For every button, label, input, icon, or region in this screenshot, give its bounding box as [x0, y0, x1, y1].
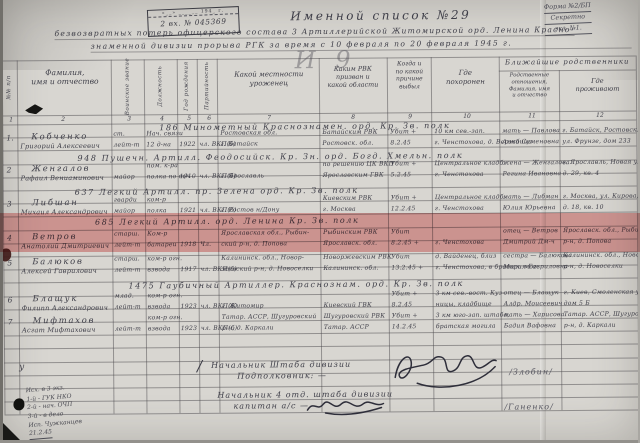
cell-text: Убит + [391, 194, 417, 201]
cell-party: Чл. [199, 229, 220, 256]
cell-origin: Татар. АССР, Шугуровскийр-н, д. Каркали [221, 312, 321, 340]
cell-buried: г. Ченстохова [434, 227, 499, 255]
table-row: 1.КобченкоГригорий Алексеевичст.лейт-тНа… [0, 125, 639, 157]
cell-text: отец — Ветров [503, 227, 558, 234]
cell-addr: Калининск. обл., Новоржевск.р-н, д. Ново… [562, 251, 637, 279]
cell-duty: пом. к-раполка по т/ч [146, 161, 178, 188]
cell-text: д. Вайденец, близ [435, 253, 496, 260]
cell-rank: старш.лейт-т [113, 254, 145, 281]
column-number: 9 [408, 113, 412, 120]
cell-text: 10 км сев.-зап. [434, 128, 485, 135]
cell-year: 1918 [179, 229, 198, 256]
cell-text: Мария Гавриловна [503, 263, 568, 271]
cell-text: 1921 [180, 207, 196, 214]
signature2-name: /Ганенко/ [504, 402, 553, 411]
column-number: 1 [9, 116, 13, 123]
cell-text: млад. [115, 292, 134, 299]
cell-buried: 3 км юго-зап. штаба,братская могила [435, 311, 500, 339]
column-number: 4 [160, 115, 164, 122]
cell-text: д. 18, кв. 10 [563, 204, 604, 211]
cell-text: майор [114, 207, 135, 214]
cell-text: Мифтахов [33, 315, 96, 325]
cell-text: р-н, д. Каркали [222, 324, 274, 331]
cell-text: Ростовск. обл. [322, 140, 373, 147]
cell-name: КобченкоГригорий Алексеевич [19, 130, 111, 158]
col-header-party: Партийность [197, 59, 217, 113]
signature1-rank: Подполковник: — [237, 371, 327, 381]
cell-text: Убит [391, 253, 410, 260]
cell-kin: мать — ХарисоваБадия Вафовна [503, 310, 560, 337]
cell-text: 12 д-на [146, 141, 171, 148]
table-row: 3ЛибшанМихаил Александровичгвардимайорко… [0, 191, 640, 223]
cell-name: ВетровАнатолий Дмитриевич [20, 230, 112, 258]
cell-text: г. Батайск, Ростовск. обл. [562, 126, 640, 134]
signature2-autograph [305, 397, 385, 416]
col-header-duty: Должность [144, 59, 177, 113]
cell-text: Киевским РВК [323, 195, 373, 202]
cell-fate: Убит +8.2.45 [389, 127, 430, 154]
cell-name: МифтаховАсгат Мифтахович [21, 314, 113, 342]
cell-text: д. 29, кв. 4 [563, 170, 600, 177]
cell-kin: мать — ПавловаАнна Семеновна [501, 126, 558, 153]
cell-text: г. Ченстохова [435, 205, 484, 212]
cell-text: лейт-т [115, 303, 141, 310]
signature1-role: Начальник Штаба дивизии [211, 360, 351, 370]
cell-text: Дмитрий Дм-ч [503, 238, 555, 245]
cell-text: г. Житомир [222, 302, 264, 309]
ink-blot-arrow [25, 104, 43, 114]
cell-text: Убит + [391, 160, 417, 167]
cell-party: чл. ВКП(б) [198, 129, 219, 156]
cell-text: Женгалов [32, 163, 91, 173]
cell-num: 2 [3, 162, 18, 189]
signature2-rank: капитан а/с — [233, 401, 309, 411]
cell-text: старш. [114, 230, 140, 237]
cell-text: Убит [391, 228, 410, 235]
cell-text: г. Москва, ул. Кирова, [563, 192, 639, 200]
cell-text: Балюков [32, 256, 83, 266]
cell-kin: отец — ВетровДмитрий Дм-ч [502, 226, 559, 253]
col-header-fate: Когда ипо какойпричиневыбыл [389, 60, 430, 90]
cell-origin: Ярославская обл., Рыбин-ский р-н, д. Поп… [220, 228, 320, 256]
cell-addr: Татар. АССР, Шугуровск.р-н, д. Каркали [563, 310, 638, 338]
cell-duty: ком-р огн.взвода [147, 313, 179, 340]
cell-text: 1922 [179, 141, 195, 148]
column-number: 5 [187, 115, 191, 122]
cell-text: гварди [114, 196, 137, 203]
cell-text: жена — Женгалова [503, 159, 570, 167]
cell-addr: г. Ярославль, Новая ул.,д. 29, кв. 4 [562, 158, 637, 186]
cell-rank: старш.лейт-т [113, 229, 145, 256]
signature-slash-mark: / [197, 357, 202, 375]
cell-text: ком-р огн. [147, 255, 182, 262]
cell-text: 12.2.45 [391, 205, 416, 212]
column-number: 3 [127, 115, 131, 122]
cell-text: Калининск. обл., Новор- [221, 254, 304, 262]
col-header-origin: Какой местностиуроженец [221, 70, 317, 88]
cell-text: 2 [7, 165, 12, 174]
cell-text: ком-р огн. [148, 314, 183, 321]
cell-text: ком-р огн. [148, 292, 183, 299]
col-header-rvk: Каким РВКпризван икакой области [321, 64, 385, 89]
checkmark-note: у [19, 362, 24, 372]
column-number: 11 [528, 112, 536, 119]
cell-text: Ярославская обл., Рыбин- [221, 229, 309, 237]
cell-year: 1910 [179, 161, 198, 188]
cell-text: Чл. [200, 241, 211, 248]
cell-text: г. Ярославль, Новая ул., [563, 158, 640, 166]
cell-text: Калининск. обл. [323, 265, 378, 272]
col-header-index: №№ п/п [2, 60, 17, 114]
cell-text: майор [114, 173, 135, 180]
cell-text: жевский р-н, д. Новоселки [221, 265, 313, 273]
cell-text: взвода [148, 303, 171, 310]
cell-kin: жена — ЖенгаловаРегина Ивановна [502, 158, 559, 185]
cell-text: лейт-т [114, 241, 140, 248]
cell-text: братская могила [436, 323, 496, 330]
cell-text: 8.2.45 + [391, 239, 419, 246]
cell-buried: Центральное кладб.г. Ченстохова [434, 159, 499, 187]
cell-text: Ярославск. обл., Рыбинск. [563, 226, 640, 234]
col-header-name: Фамилия,имя и отчество [21, 68, 109, 88]
cell-text: мать — Харисова [504, 311, 565, 318]
cell-year: 1922 [178, 129, 197, 156]
cell-text: пом. к-ра [147, 162, 179, 169]
cell-text: Регина Ивановна [503, 170, 562, 177]
cell-text: Батайским РВК [322, 129, 377, 136]
cell-text: ком-р [147, 196, 166, 203]
cell-text: Татар. АССР, Шугуровск. [564, 310, 640, 318]
cell-duty: ком-р огн.взвода [146, 254, 178, 281]
cell-name: ЖенгаловРафаил Вениаминович [20, 162, 112, 190]
cell-text: 1. [6, 133, 14, 142]
cell-text: Анна Семеновна [502, 138, 559, 145]
cell-text: 1923 [181, 303, 197, 310]
cell-text: г. Ярославль [221, 172, 265, 179]
cell-text: Новоржевским РВК [323, 253, 392, 261]
cell-text: отец — Блащук [504, 289, 559, 296]
cell-text: 1923 [181, 325, 197, 332]
cell-text: 13.2.45 + [391, 264, 423, 271]
cell-text: лейт-т [115, 325, 141, 332]
cell-rvk: Рыбинским РВКЯрославск. обл. [322, 227, 387, 255]
cell-name: ЛибшанМихаил Александрович [20, 196, 112, 224]
cell-text: Убит + [392, 290, 418, 297]
cell-buried: д. Вайденец, близг. Ченстохова, в братск… [434, 252, 499, 280]
cell-text: Ярославск. обл. [323, 240, 377, 247]
cell-text: р-н, д. Каркали [564, 322, 616, 329]
cell-kin: сестра — БалюковаМария Гавриловна [502, 251, 559, 278]
cell-text: взвода [147, 266, 170, 273]
cell-addr: г. Москва, ул. Кирова,д. 18, кв. 10 [562, 192, 637, 220]
cell-num: 3 [3, 196, 18, 223]
cell-text: 1910 [180, 173, 196, 180]
cell-text: Ветров [32, 231, 77, 241]
cell-rvk: Шугуровский РВКТатар. АССР [323, 311, 388, 339]
cell-text: Либшан [32, 197, 79, 207]
column-number: 12 [596, 112, 604, 119]
cell-rank: майор [113, 161, 145, 188]
cell-year: 1921 [179, 195, 198, 222]
cell-text: Центральное кладб. [435, 160, 506, 168]
cell-text: 8.2.45 [392, 301, 413, 308]
cell-text: ницы, кладбище [436, 301, 492, 308]
col-header-burial: Гдепохоронен [433, 69, 498, 87]
scan-edge-left [0, 0, 3, 443]
cell-fate: Убит +12.2.45 [390, 193, 431, 220]
cell-text: Рыбинским РВК [323, 229, 378, 236]
cell-fate: Убит8.2.45 + [390, 227, 431, 254]
cell-text: 3 км юго-зап. штаба, [436, 312, 510, 320]
note-date: 21.2.45 [29, 429, 53, 440]
cell-rank: ст.лейт-т [112, 129, 144, 156]
cell-text: Филипп Александрович [22, 304, 108, 313]
cell-text: 6 [8, 295, 13, 304]
cell-text: р-н, д. Новоселки [563, 263, 623, 270]
cell-text: Калининск. обл., Новоржевск. [563, 251, 640, 259]
cell-text: Бадия Вафовна [504, 322, 556, 329]
cell-text: полка [147, 207, 167, 214]
cell-text: батареи [147, 241, 177, 248]
cell-text: г. Киев, Смоленская ул., [564, 288, 640, 296]
column-number: 6 [207, 115, 211, 122]
col-header-rank: Воинское звание [111, 59, 144, 113]
cell-text: г. Ченстохова [435, 171, 484, 178]
cell-rvk: по решению ЦК ВКПЯрославским ГВК [322, 159, 387, 187]
cell-text: Анатолий Дмитриевич [21, 242, 109, 251]
cell-text: Юлия Юрьевна [503, 204, 556, 211]
table-row: 5БалюковАлексей Гавриловичстарш.лейт-тко… [0, 250, 640, 282]
cell-origin: Ростовская обл.г. Батайск [219, 128, 319, 156]
cell-num: 7 [4, 314, 19, 341]
cell-text: лейт-т [113, 141, 139, 148]
cell-fate: Убит +14.2.45 [391, 311, 432, 338]
cell-text: р-н, д. Попова [563, 238, 611, 245]
cell-text: 5.2.45 [391, 171, 412, 178]
cell-party: чл. ВКП(б) [200, 313, 221, 340]
cell-rvk: Киевским РВКг. Москва [322, 193, 387, 221]
cell-rank: гвардимайор [113, 195, 145, 222]
grid-line-h [499, 70, 636, 72]
cell-buried: 10 км сев.-зап.г. Ченстохова, д. Вержбиц… [433, 127, 498, 155]
cell-text: Татар. АССР, Шугуровский [222, 313, 317, 321]
cell-text: Асгат Мифтахович [22, 326, 96, 335]
cell-text: ский р-н, д. Попова [221, 240, 287, 248]
column-number: 2 [61, 116, 65, 123]
column-number: 8 [351, 114, 355, 121]
cell-buried: Центральное кладб.г. Ченстохова [434, 193, 499, 221]
cell-kin: мать — ЛибманЮлия Юрьевна [502, 192, 559, 219]
scanned-document-page: «__» ______ 194_ г. 2 вх. № 045369 Форма… [0, 0, 640, 443]
document-subtitle-2: знаменной дивизии прорыва РГК за время с… [91, 38, 632, 53]
cell-text: 7 [8, 317, 13, 326]
cell-party: чл. ВКП(б) [199, 195, 220, 222]
cell-origin: г. Ростов н/Дону [220, 194, 320, 222]
cell-text: Кобченко [31, 131, 88, 141]
cell-text: 3 км сев.-вост. Куз- [436, 290, 505, 298]
cell-text: Михаил Александрович [21, 208, 108, 217]
cell-text: мать — Павлова [502, 127, 560, 134]
cell-text: старш. [114, 255, 140, 262]
cell-fate: Убит +5.2.45 [390, 159, 431, 186]
cell-fate: Убит13.2.45 + [390, 252, 431, 279]
cell-text: г. Ченстохова [435, 239, 484, 246]
cell-text: 1918 [180, 241, 196, 248]
cell-text: 3 [7, 199, 12, 208]
cell-text: мать — Либман [503, 193, 559, 200]
ink-blot-hole [13, 398, 24, 410]
cell-origin: Калининск. обл., Новор-жевский р-н, д. Н… [220, 253, 320, 281]
cell-origin: г. Ярославль [220, 160, 320, 188]
cell-rvk: Батайским РВКРостовск. обл. [321, 127, 386, 155]
document-content: «__» ______ 194_ г. 2 вх. № 045369 Форма… [0, 0, 640, 443]
cell-rvk: Новоржевским РВККалининск. обл. [322, 252, 387, 280]
cell-text: 1917 [180, 266, 196, 273]
cell-text: ул. Фрунзе, дом 233 [562, 138, 631, 146]
cell-duty: Ком-рбатареи [146, 229, 178, 256]
cell-text: Центральное кладб. [435, 194, 506, 202]
cell-text: Ярославским ГВК [323, 171, 384, 178]
column-number: 10 [463, 113, 471, 120]
col-header-year: Год рождения [177, 59, 197, 113]
cell-text: Ком-р [147, 230, 167, 237]
cell-rank: лейт-т [114, 313, 146, 340]
cell-num: 1. [2, 130, 17, 157]
signature1-name: /Злобин/ [509, 367, 553, 376]
cell-text: Татар. АССР [324, 324, 369, 331]
cell-text: г. Ростов н/Дону [221, 206, 280, 213]
cell-party: чл. ВКП(б) [199, 161, 220, 188]
cell-text: по решению ЦК ВКП [323, 160, 395, 168]
cell-text: Ростовская обл. [220, 129, 277, 136]
document-title: Именной список №29 [290, 8, 471, 23]
cell-text: Алдр. Моисеевич [504, 300, 563, 307]
cell-text: г. Москва [323, 206, 356, 213]
cell-text: Убит + [390, 128, 416, 135]
cell-text: 4 [7, 233, 12, 242]
cell-year: 1917 [179, 254, 198, 281]
table-row: 2ЖенгаловРафаил Вениаминовичмайорпом. к-… [0, 157, 640, 189]
cell-text: взвода [148, 325, 171, 332]
cell-text: Блащук [33, 293, 79, 303]
cell-addr: г. Батайск, Ростовск. обл.ул. Фрунзе, до… [561, 126, 636, 154]
cell-text: г. Батайск [220, 140, 258, 147]
cell-addr: Ярославск. обл., Рыбинск.р-н, д. Попова [562, 226, 637, 254]
cell-text: 14.2.45 [392, 323, 417, 330]
cell-year: 1923 [180, 313, 199, 340]
cell-text: 8.2.45 [390, 139, 411, 146]
signature1-autograph [389, 347, 501, 394]
cell-text: Убит + [392, 312, 418, 319]
col-header-kin: Родственныеотношения,Фамилия, имяи отчес… [501, 72, 558, 99]
cell-name: БалюковАлексей Гаврилович [20, 255, 112, 283]
cell-duty: Нач. связи12 д-на [145, 129, 177, 156]
cell-duty: ком-рполка [146, 195, 178, 222]
distribution-note: Исх. в 3 экз. 1-й - ГУК НКО 2-й - нач. О… [26, 383, 84, 440]
cell-party: чл. ВКП(б) [199, 254, 220, 281]
column-number: 7 [267, 114, 271, 121]
col-header-relatives-group: Ближайшие родственники [499, 58, 636, 68]
table-row: 7МифтаховАсгат Мифтаховичлейт-тком-р огн… [1, 309, 640, 341]
cell-text: дом 5 Б [564, 300, 590, 307]
cell-text: Киевский ГВК [324, 302, 372, 309]
col-header-residence: Гдепроживают [561, 77, 634, 94]
cell-text: ст. [113, 131, 125, 138]
cell-text: Рафаил Вениаминович [21, 174, 104, 183]
cell-text: лейт-т [114, 266, 140, 273]
cell-text: Григорий Алексеевич [20, 142, 100, 151]
cell-text: Шугуровский РВК [324, 312, 385, 319]
cell-text: Алексей Гаврилович [21, 267, 97, 276]
